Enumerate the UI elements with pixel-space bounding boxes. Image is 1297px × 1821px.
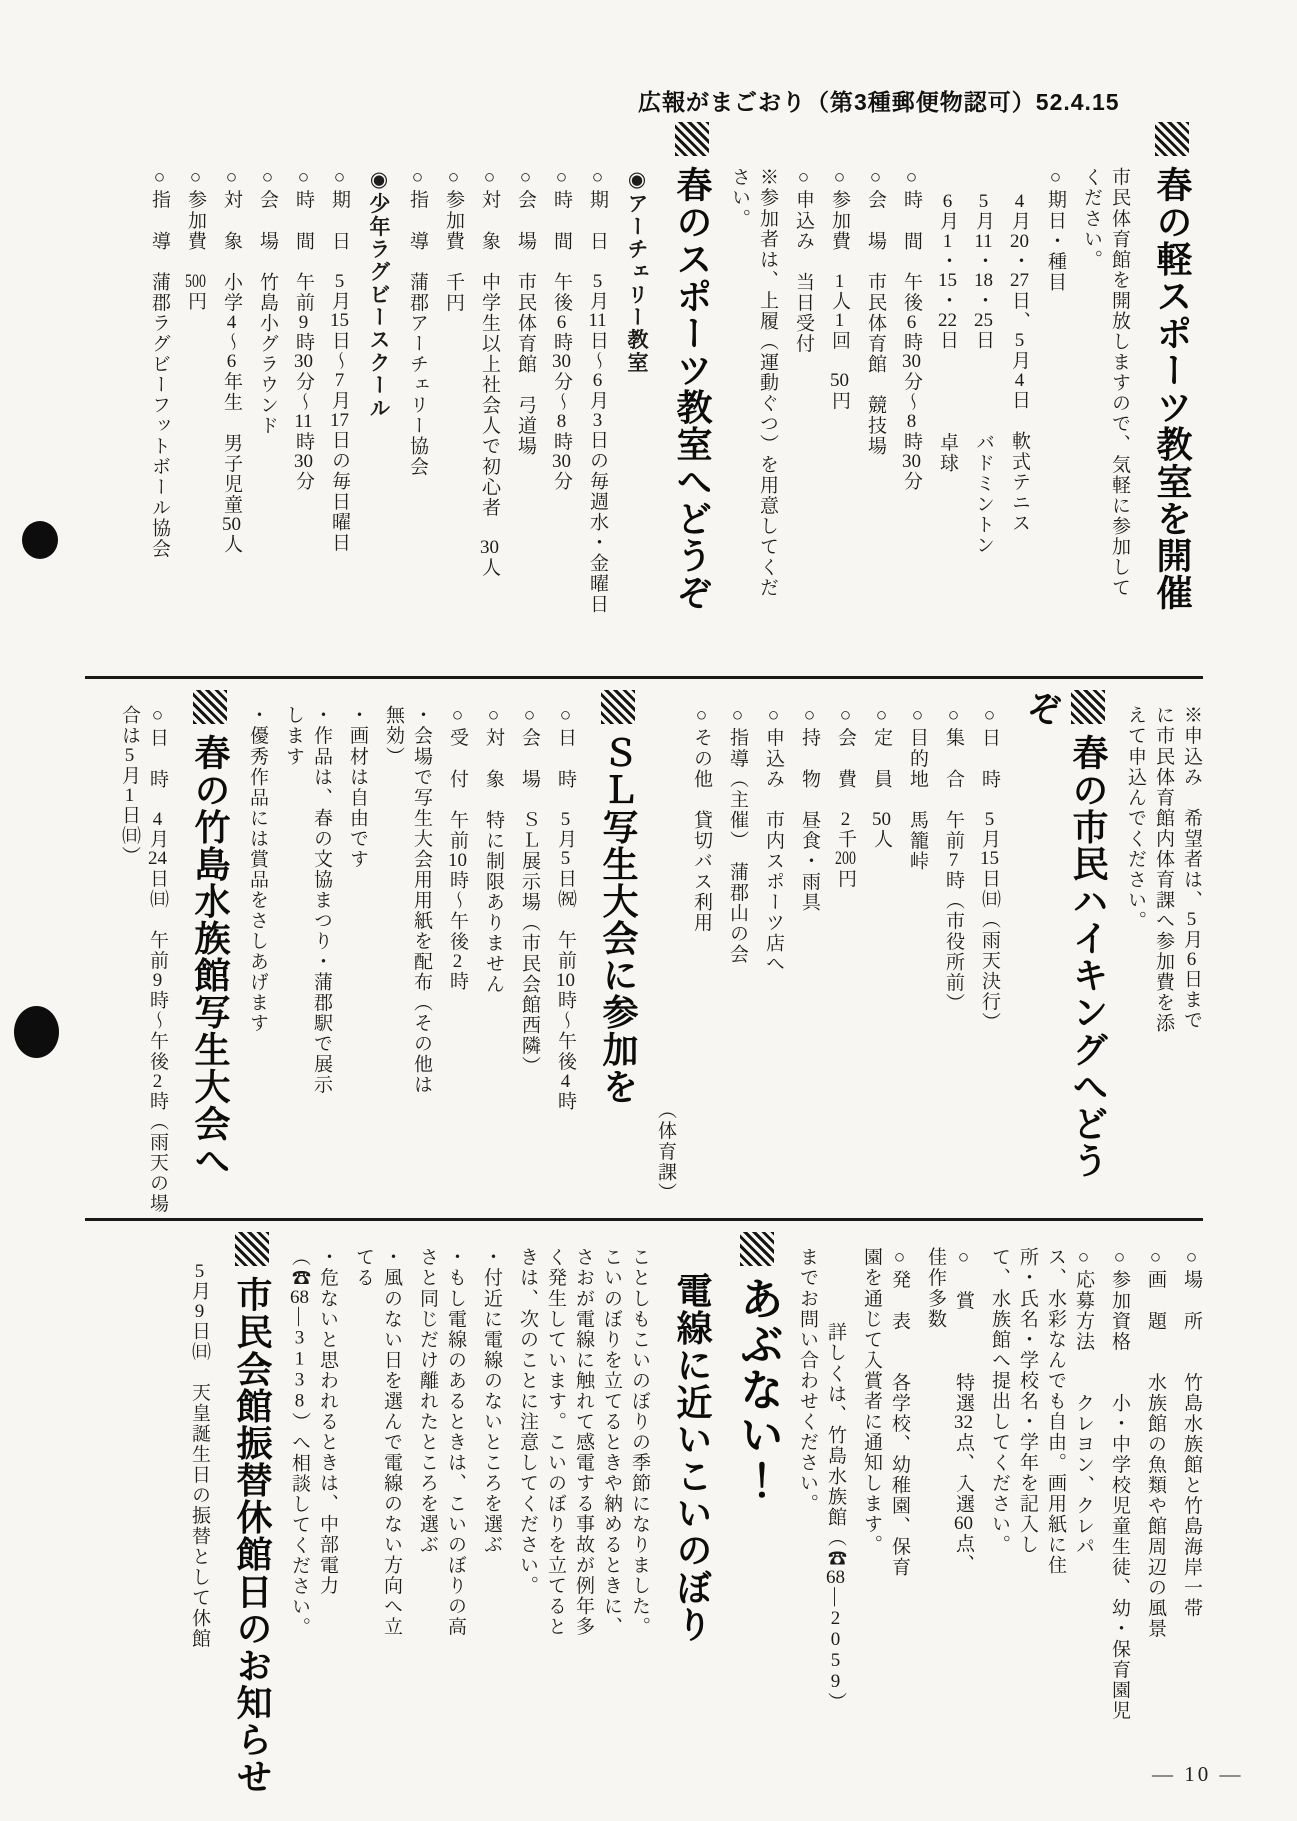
detail-line: ○その他 貸切バス利用 xyxy=(687,705,715,1215)
detail-line: ○参加資格 小・中学校児童生徒、幼・保育園児 xyxy=(1105,1247,1133,1805)
detail-line: ○対 象 小学4～6年生 男子児童50人 xyxy=(217,167,245,675)
article-body: ことしもこいのぼりの季節になりました。こいのぼりを立てるときや納めるときに、さお… xyxy=(513,1247,653,1647)
detail-line: ○参加費 1人1回 50円 xyxy=(825,167,853,675)
hatched-square-icon xyxy=(740,1232,774,1266)
hatched-square-icon xyxy=(1071,690,1105,724)
detail-label: ○期日・種目 xyxy=(1041,167,1069,675)
credit-line: （体育課） xyxy=(651,705,679,1215)
title-text: あぶない！ xyxy=(733,1276,782,1503)
detail-line: ○日 時 4月24日㈰ 午前9時～午後2時（雨天の場合は5月1日㈰） xyxy=(115,705,171,1215)
award-line: ○ 賞 特選32点、入選60点、佳作多数 xyxy=(921,1247,977,1587)
title-text: 春の竹島水族館写生大会へ xyxy=(190,734,231,1179)
article-title-hiking: 春の市民ハイキングへどうぞ xyxy=(1019,690,1111,1215)
bullet-item: ・風のない日を選んで電線のない方向へ立てる xyxy=(349,1247,405,1647)
detail-line: ○申込み 当日受付 xyxy=(789,167,817,675)
band-bottom: ○場 所 竹島水族館と竹島海岸一帯 ○画 題 水族館の魚類や館周辺の風景 ○参加… xyxy=(85,1232,1205,1805)
title-text: 春のスポーツ教室へどうぞ xyxy=(672,166,713,611)
detail-line: ○集 合 午前7時（市役所前） xyxy=(939,705,967,1215)
detail-line: ○時 間 午前9時30分～11時30分 xyxy=(289,167,317,675)
detail-line: ○時 間 午後6時30分～8時30分 xyxy=(897,167,925,675)
bullet-item: ・優秀作品には賞品をさしあげます xyxy=(243,705,271,1105)
section-divider-top xyxy=(85,676,1203,679)
binding-hole xyxy=(14,1006,59,1058)
article-title-light-sports: 春の軽スポーツ教室を開催 xyxy=(1149,122,1195,675)
detail-line: ○画 題 水族館の魚類や館周辺の風景 xyxy=(1141,1247,1169,1805)
hatched-square-icon xyxy=(193,690,227,724)
title-text: 電線に近いこいのぼり xyxy=(672,1272,713,1643)
newsletter-page: 広報がまごおり（第3種郵便物認可）52.4.15 春の軽スポーツ教室を開催 市民… xyxy=(0,0,1297,1821)
binding-hole xyxy=(22,521,58,559)
detail-line: ○日 時 5月5日㈷ 午前10時～午後4時 xyxy=(551,705,579,1215)
detail-line: ○場 所 竹島水族館と竹島海岸一帯 xyxy=(1177,1247,1205,1805)
masthead: 広報がまごおり（第3種郵便物認可）52.4.15 xyxy=(638,84,1120,117)
announcement-line: ○発 表 各学校、幼稚園、保育園を通じて入賞者に通知します。 xyxy=(857,1247,913,1587)
hatched-square-icon xyxy=(235,1232,269,1266)
detail-line: ○会 場 竹島小グラウンド xyxy=(253,167,281,675)
detail-line: ○持 物 昼食・雨具 xyxy=(795,705,823,1215)
detail-line: ○参加費 千円 xyxy=(439,167,467,675)
article-title-spring-sports: 春のスポーツ教室へどうぞ xyxy=(669,122,715,675)
article-note: ※参加者は、上履（運動ぐつ）を用意してください。 xyxy=(725,167,781,617)
detail-line: ○対 象 特に制限ありません xyxy=(479,705,507,1215)
article-body: 5月9日㈰ 天皇誕生日の振替として休館 xyxy=(185,1247,213,1805)
subheading-rugby: ◉少年ラグビースクール xyxy=(361,167,395,675)
detail-line: ○対 象 中学生以上社会人で初心者 30人 xyxy=(475,167,503,675)
detail-line: ○会 場 市民体育館 弓道場 xyxy=(511,167,539,675)
detail-line: ○会 費 2千200円 xyxy=(831,705,859,1215)
detail-line: ○目的地 馬籠峠 xyxy=(903,705,931,1215)
detail-line: ○指導（主催） 蒲郡山の会 xyxy=(723,705,751,1215)
detail-line: ○参加費 500円 xyxy=(181,167,209,675)
article-intro: 市民体育館を開放しますので、気軽に参加してください。 xyxy=(1077,167,1133,617)
title-text: 春の軽スポーツ教室を開催 xyxy=(1152,166,1193,611)
bullet-item: ・もし電線のあるときは、こいのぼりの高さと同じだけ離れたところを選ぶ xyxy=(413,1247,469,1647)
article-title-koinobori-2: 電線に近いこいのぼり xyxy=(669,1232,715,1805)
article-title-aquarium-sketch: 春の竹島水族館写生大会へ xyxy=(187,690,233,1215)
detail-line: ○時 間 午後6時30分～8時30分 xyxy=(547,167,575,675)
detail-line: ○日 時 5月15日㈰（雨天決行） xyxy=(975,705,1003,1215)
title-text: 春の市民ハイキングへどうぞ xyxy=(1022,690,1109,1179)
band-top: 春の軽スポーツ教室を開催 市民体育館を開放しますので、気軽に参加してください。 … xyxy=(85,122,1205,675)
hatched-square-icon xyxy=(675,122,709,156)
bullet-item: ・画材は自由です xyxy=(343,705,371,1105)
detail-line: ○会 場 ＳＬ展示場（市民会館西隣） xyxy=(515,705,543,1215)
article-title-koinobori-1: あぶない！ xyxy=(731,1232,783,1805)
detail-line: ○期 日 5月11日～6月3日の毎週水・金曜日 xyxy=(583,167,611,675)
detail-line: ○申込み 市内スポーツ店へ xyxy=(759,705,787,1215)
article-title-hall-closure: 市民会館振替休館日のお知らせ xyxy=(229,1232,275,1805)
title-text: ＳＬ写生大会に参加を xyxy=(598,734,639,1105)
detail-line: ○受 付 午前10時～午後2時 xyxy=(443,705,471,1215)
title-text: 市民会館振替休館日のお知らせ xyxy=(232,1276,273,1795)
detail-line: ○期 日 5月15日～7月17日の毎日曜日 xyxy=(325,167,353,675)
application-note: ※申込み 希望者は、5月6日までに市民体育館内体育課へ参加費を添えて申込んでくだ… xyxy=(1121,705,1205,1045)
contact-line: 詳しくは、竹島水族館（☎68—2059）までお問い合わせください。 xyxy=(793,1247,849,1727)
schedule-item: 5月11・18・25日 バドミントン xyxy=(969,167,997,675)
schedule-item: 6月1・15・22日 卓球 xyxy=(933,167,961,675)
article-title-sl-sketch: ＳＬ写生大会に参加を xyxy=(595,690,641,1215)
bullet-item: ・作品は、春の文協まつり・蒲郡駅で展示します xyxy=(279,705,335,1105)
detail-line: ○定 員 50人 xyxy=(867,705,895,1215)
page-number: — 10 — xyxy=(1152,1762,1244,1787)
detail-line: ○会 場 市民体育館 競技場 xyxy=(861,167,889,675)
hatched-square-icon xyxy=(601,690,635,724)
detail-line: ○指 導 蒲郡ラグビーフットボール協会 xyxy=(145,167,173,675)
bullet-item: ・危ないと思われるときは、中部電力（☎68—3138）へ相談してください。 xyxy=(285,1247,341,1647)
bullet-item: ・付近に電線のないところを選ぶ xyxy=(477,1247,505,1647)
detail-line: ○指 導 蒲郡アーチェリー協会 xyxy=(403,167,431,675)
detail-line: ○応募方法 クレヨン、クレパス、水彩なんでも自由。画用紙に住所・氏名・学校名・学… xyxy=(985,1247,1097,1577)
subheading-archery: ◉アーチェリー教室 xyxy=(619,167,653,675)
schedule-item: 4月20・27日、5月4日 軟式テニス xyxy=(1005,167,1033,675)
band-middle: ※申込み 希望者は、5月6日までに市民体育館内体育課へ参加費を添えて申込んでくだ… xyxy=(85,690,1205,1215)
section-divider-bottom xyxy=(85,1218,1203,1221)
bullet-item: ・会場で写生大会用用紙を配布（その他は無効） xyxy=(379,705,435,1105)
hatched-square-icon xyxy=(1155,122,1189,156)
